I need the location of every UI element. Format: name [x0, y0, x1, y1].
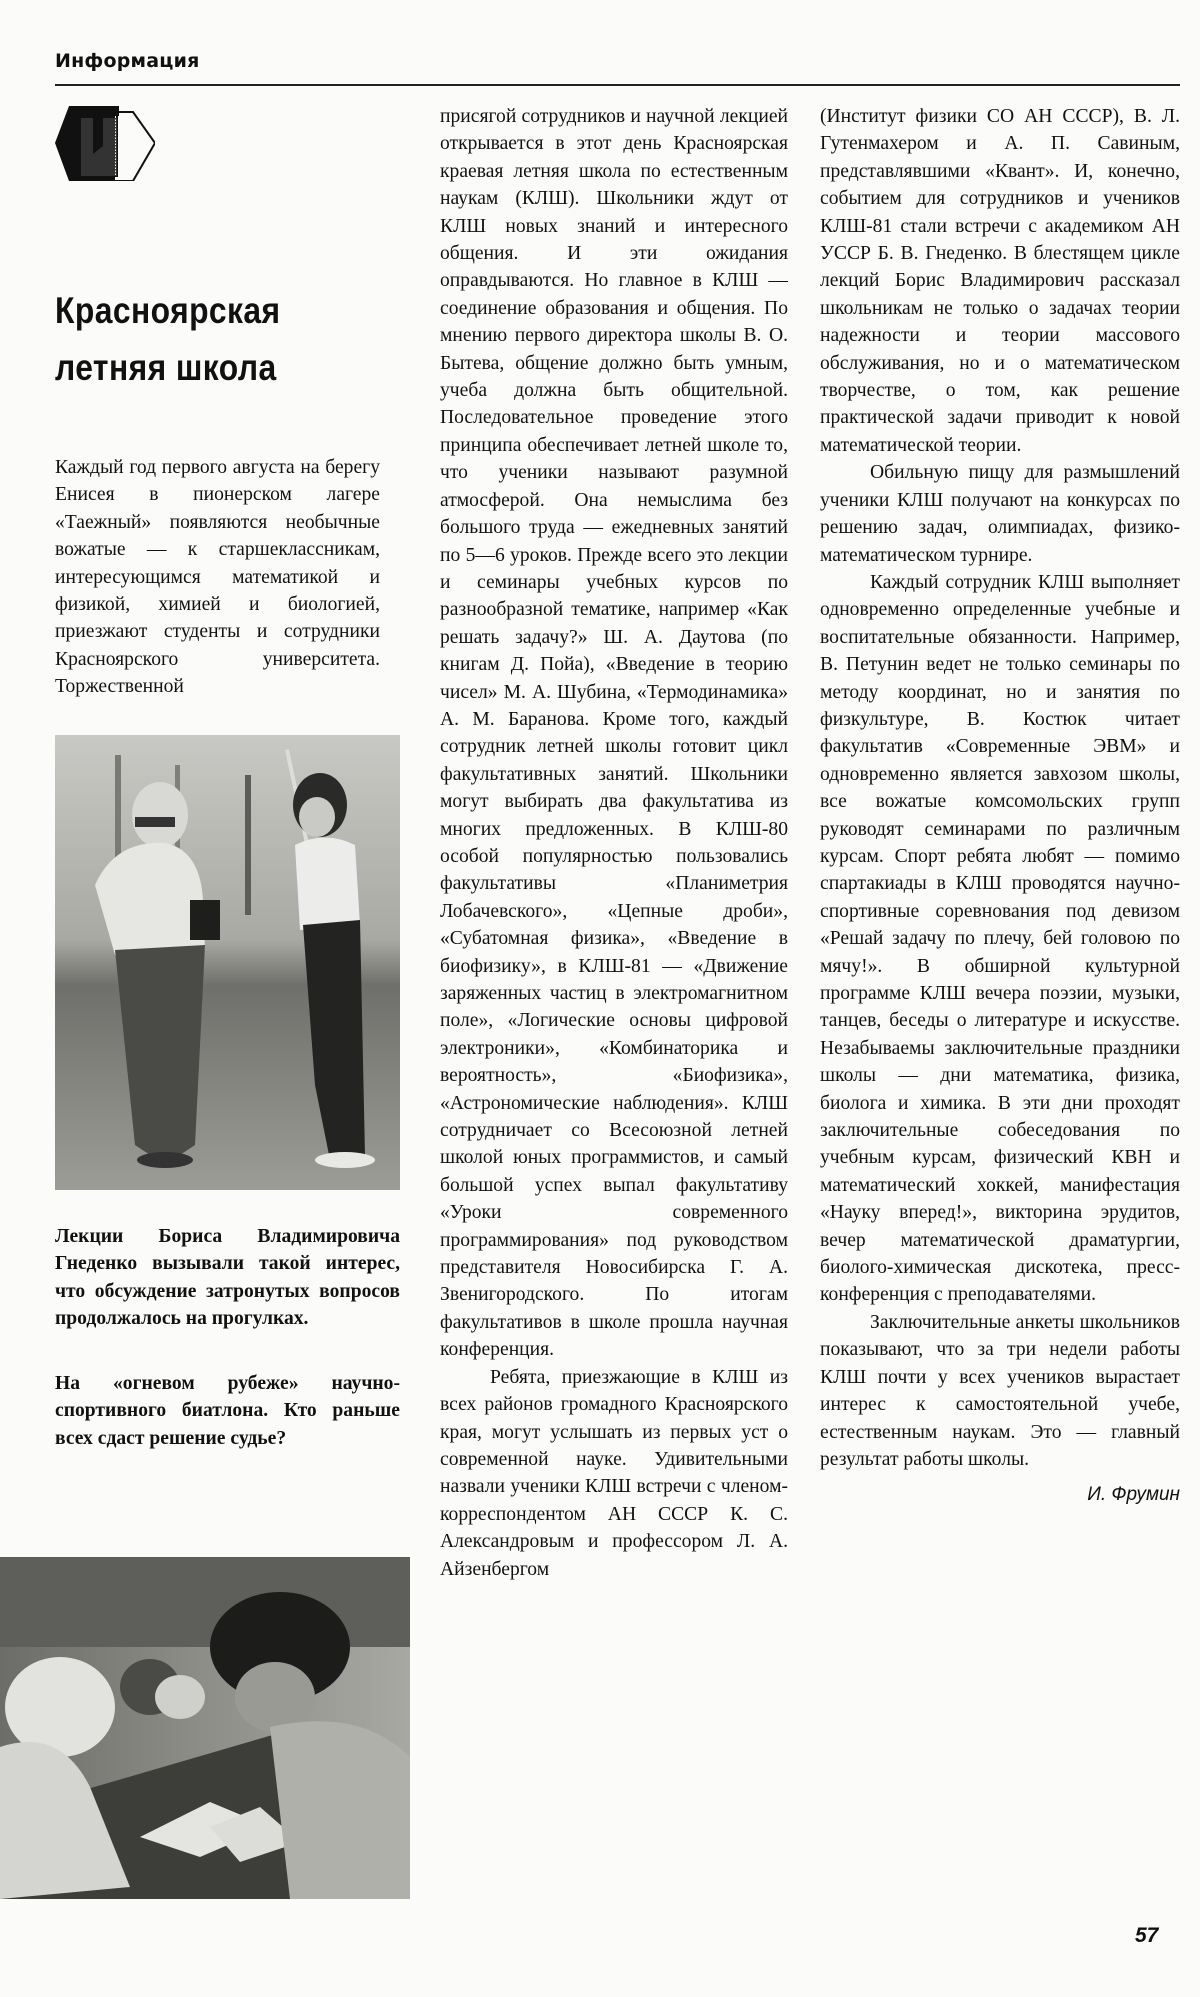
article-title: Красноярская летняя школа: [55, 282, 347, 396]
column-left: Каждый год первого августа на берегу Ени…: [55, 454, 380, 701]
photo-gnedenko-with-student: [55, 735, 400, 1190]
paragraph: Заключительные анкеты школьников показыв…: [820, 1309, 1180, 1473]
title-line-2: летняя школа: [55, 339, 347, 396]
paragraph: (Институт физики СО АН СССР), В. Л. Гуте…: [820, 103, 1180, 459]
author-signature: И. Фрумин: [820, 1481, 1180, 1508]
paragraph: Обильную пищу для размышлений ученики КЛ…: [820, 459, 1180, 569]
column-middle: присягой сотрудников и научной лекцией о…: [440, 103, 788, 1583]
paragraph: Каждый год первого августа на берегу Ени…: [55, 454, 380, 701]
photo-students-biathlon: [0, 1557, 410, 1899]
photo-image: [0, 1557, 410, 1899]
paragraph: присягой сотрудников и научной лекцией о…: [440, 103, 788, 1364]
header-divider: [55, 84, 1180, 86]
column-right: (Институт физики СО АН СССР), В. Л. Гуте…: [820, 103, 1180, 1509]
section-logo-icon: [55, 106, 155, 181]
page-number: 57: [1135, 1924, 1158, 1948]
photo-caption: Лекции Бориса Владимировича Гнеденко выз…: [55, 1223, 400, 1333]
photo-image: [55, 735, 400, 1190]
photo-caption: На «огневом рубеже» научно-спортивного б…: [55, 1370, 400, 1452]
title-line-1: Красноярская: [55, 282, 347, 339]
paragraph: Ребята, приезжающие в КЛШ из всех районо…: [440, 1364, 788, 1583]
section-label: Информация: [55, 50, 199, 72]
paragraph: Каждый сотрудник КЛШ выполняет одновреме…: [820, 569, 1180, 1309]
